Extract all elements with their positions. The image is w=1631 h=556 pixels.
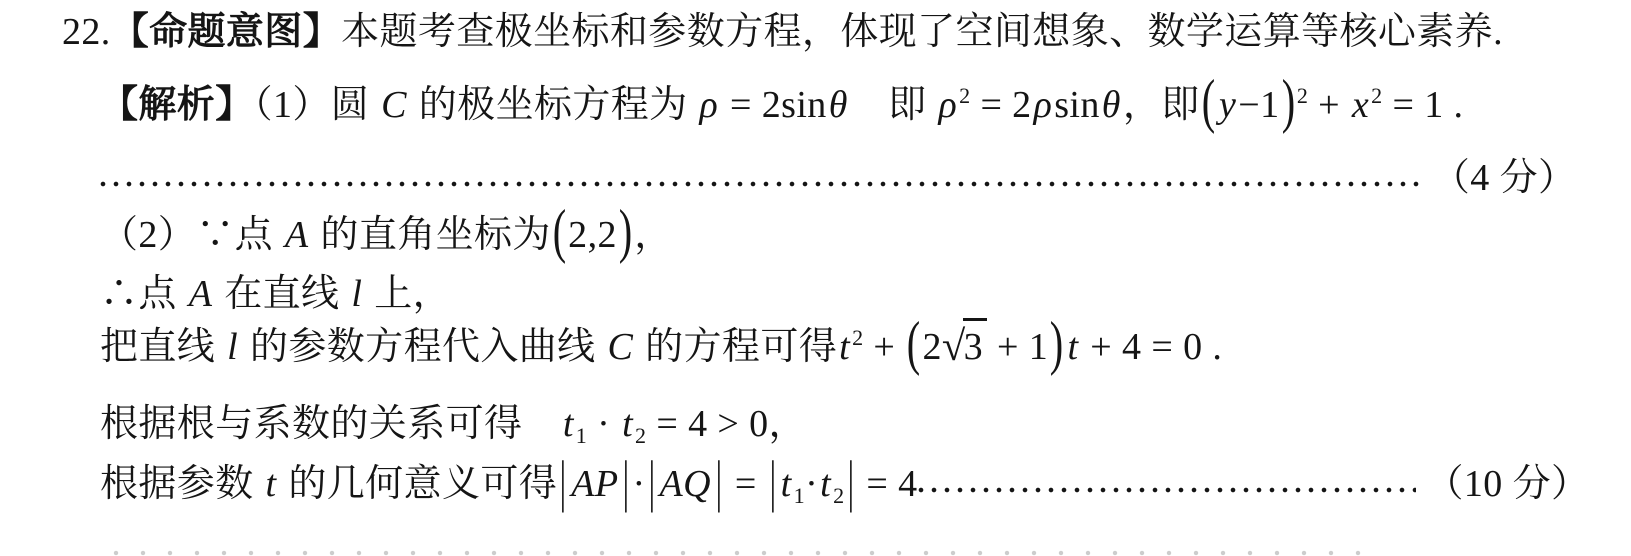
math-variable: t (620, 403, 635, 445)
geometric-meaning-result-line: 根据参数 t 的几何意义可得|AP|·|AQ| = |t1·t2| = 4 （1… (100, 458, 1589, 510)
math-variable: t (779, 463, 794, 505)
subscript: 2 (635, 423, 646, 448)
text-run: （1）圆 (254, 84, 380, 126)
text-run: 2 (923, 326, 942, 368)
math-variable: C (379, 84, 409, 126)
text-run: ∴点 (100, 273, 187, 315)
text-run: 的极坐标方程为 (409, 84, 698, 126)
subscript: 1 (576, 423, 587, 448)
text-run: = 2 (971, 84, 1032, 126)
superscript: 2 (1371, 83, 1382, 108)
abs-value-bar: | (558, 444, 568, 522)
text-run: 的几何意义可得 (278, 463, 557, 505)
math-variable: x (1350, 84, 1371, 126)
math-variable: θ (1100, 84, 1123, 126)
text-run: 【命题意图】 (111, 11, 341, 53)
dotted-leader (100, 180, 1422, 188)
text-run: = 4 > 0， (646, 403, 806, 445)
text-run: 的直角坐标为 (311, 214, 551, 256)
abs-value-bar: | (646, 444, 656, 522)
math-variable: A (283, 214, 311, 256)
text-run: ，即 (1123, 84, 1200, 126)
big-paren: ( (552, 195, 568, 265)
text-run: ， (634, 214, 672, 256)
text-run: = 2sin (720, 84, 827, 126)
text-run: sin (1054, 84, 1100, 126)
text-run: 本题考查极坐标和参数方程，体现了空间想象、数学运算等核心素养. (341, 11, 1503, 53)
text-run: 把直线 (100, 326, 225, 368)
abs-value-bar: | (845, 444, 855, 522)
part2-point-a-coordinates-line: （2）∵点 A 的直角坐标为(2,2)， (100, 206, 673, 261)
dotted-leader (918, 486, 1416, 494)
text-run: + 4 = 0 . (1080, 326, 1222, 368)
text-run: 根据参数 (100, 463, 264, 505)
cut-off-next-line-sliver (112, 549, 1362, 556)
analysis-part1-line: 【解析】（1）圆 C 的极坐标方程为 ρ = 2sinθ 即 ρ2 = 2ρsi… (100, 76, 1463, 131)
math-variable: C (605, 326, 635, 368)
vieta-relation-line: 根据根与系数的关系可得 t1 · t2 = 4 > 0， (100, 398, 807, 450)
text-run: 2,2 (568, 214, 617, 256)
big-paren: ) (1280, 65, 1296, 135)
superscript: 2 (852, 325, 863, 350)
text-run: 的参数方程代入曲线 (240, 326, 605, 368)
big-paren: ) (618, 195, 634, 265)
math-variable: t (837, 326, 852, 368)
text-run: （4 分） (1422, 157, 1576, 199)
text-run: （2）∵点 (100, 214, 283, 256)
math-variable: AP (569, 463, 620, 505)
sqrt-radical: √3 (942, 326, 987, 368)
math-variable: t (264, 463, 279, 505)
text-run: 上， (364, 273, 451, 315)
subscript: 1 (794, 483, 805, 508)
abs-value-bar: | (621, 444, 631, 522)
math-variable: t (1065, 326, 1080, 368)
superscript: 2 (959, 83, 970, 108)
math-variable: ρ (1032, 84, 1055, 126)
text-run: · (587, 403, 620, 445)
text-run: = 4 (857, 463, 918, 505)
substitute-parametric-equation-line: 把直线 l 的参数方程代入曲线 C 的方程可得t2 + (2√3 + 1)t +… (100, 318, 1222, 373)
big-paren: ( (906, 307, 922, 377)
text-run: 的方程可得 (635, 326, 837, 368)
math-variable: θ (827, 84, 850, 126)
math-variable: ρ (697, 84, 720, 126)
abs-value-bar: | (714, 444, 724, 522)
text-run: （10 分） (1416, 463, 1590, 505)
math-variable: A (187, 273, 215, 315)
text-run: 根据根与系数的关系可得 (100, 403, 561, 445)
big-paren: ) (1049, 307, 1065, 377)
superscript: 2 (1297, 83, 1308, 108)
math-variable: l (349, 273, 364, 315)
big-paren: ( (1201, 65, 1217, 135)
subscript: 2 (833, 483, 844, 508)
intent-line: 22.【命题意图】本题考查极坐标和参数方程，体现了空间想象、数学运算等核心素养. (62, 6, 1503, 58)
text-run: · (632, 463, 645, 505)
text-run: · (805, 463, 818, 505)
text-run: = 1 . (1383, 84, 1464, 126)
score-line-4-points: （4 分） (100, 152, 1576, 204)
text-run: + (1308, 84, 1350, 126)
math-variable: l (225, 326, 240, 368)
text-run: + 1 (987, 326, 1048, 368)
radicand: 3 (963, 318, 987, 373)
math-variable: t (561, 403, 576, 445)
math-variable: y (1217, 84, 1238, 126)
text-run: −1 (1238, 84, 1279, 126)
text-run: 即 (850, 84, 937, 126)
math-variable: ρ (936, 84, 959, 126)
text-run: 【解析】 (100, 84, 254, 126)
math-variable: t (818, 463, 833, 505)
radical-sign: √ (942, 321, 966, 373)
text-run: = (725, 463, 767, 505)
text-run: 22. (62, 11, 111, 53)
abs-value-bar: | (768, 444, 778, 522)
point-a-on-line-l-line: ∴点 A 在直线 l 上， (100, 268, 451, 320)
text-run: 在直线 (214, 273, 349, 315)
text-run: + (864, 326, 906, 368)
math-variable: AQ (658, 463, 713, 505)
